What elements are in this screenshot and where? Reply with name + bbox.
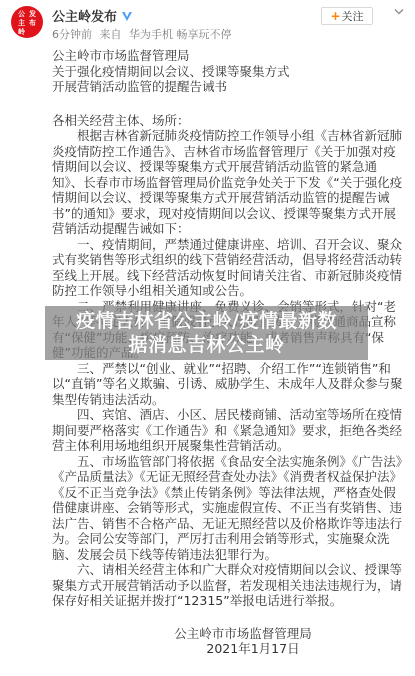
paragraph-item-3: 三、严禁以“创业、就业”“招聘、介绍工作”“连锁销售”和以“直销”等名义欺骗、引… xyxy=(52,361,404,408)
paragraph-item-5: 五、市场监管部门将依据《食品安全法实施条例》《广告法》《产品质量法》《无证无照经… xyxy=(52,454,404,563)
post-meta: 6分钟前 来自 华为手机 畅享玩不停 xyxy=(52,26,236,42)
avatar-char: 公 xyxy=(16,9,27,18)
salutation: 各相关经营主体、场所： xyxy=(52,113,404,129)
paragraph-intro: 根据吉林省新冠肺炎疫情防控工作领导小组《吉林省新冠肺炎疫情防控工作通告》、吉林省… xyxy=(52,128,404,237)
notice-title: 公主岭市市场监督管理局 关于强化疫情期间以会议、授课等聚集方式 开展营销活动监管… xyxy=(52,48,404,95)
title-line: 关于强化疫情期间以会议、授课等聚集方式 xyxy=(52,64,404,80)
post-time[interactable]: 6分钟前 xyxy=(52,28,92,41)
account-name-link[interactable]: 公主岭发布 xyxy=(52,6,117,25)
paragraph-item-6: 六、请相关经营主体和广大群众对疫情期间以会议、授课等聚集方式开展营销活动予以监督… xyxy=(52,562,404,609)
avatar-char: 主 xyxy=(16,18,27,27)
post-header: 公 发 主 布 岭 公主岭发布 6分钟前 来自 华为手机 畅享玩不停 + 关注 xyxy=(0,0,415,44)
spacer xyxy=(52,95,404,113)
title-line: 开展营销活动监管的提醒告诫书 xyxy=(52,79,404,95)
source-prefix: 来自 xyxy=(100,28,122,41)
overlay-line-1: 疫情吉林省公主岭/疫情最新数 xyxy=(76,309,337,333)
chevron-down-icon[interactable] xyxy=(394,8,404,16)
signature-org: 公主岭市市场监督管理局 xyxy=(102,626,404,642)
plus-icon: + xyxy=(330,9,340,23)
avatar-char: 岭 xyxy=(16,27,27,36)
paragraph-item-1: 一、疫情期间，严禁通过健康讲座、培训、召开会议、聚众式有奖销售等形式组织的线下营… xyxy=(52,237,404,299)
verified-icon xyxy=(121,10,133,22)
signature-date: 2021年1月17日 xyxy=(102,641,404,657)
avatar-char: 布 xyxy=(27,18,38,27)
paragraph-item-4: 四、宾馆、酒店、小区、居民楼商铺、活动室等场所在疫情期间要严格落实《工作通告》和… xyxy=(52,407,404,454)
overlay-line-2: 据消息吉林公主岭 xyxy=(128,333,284,357)
signature: 公主岭市市场监督管理局 2021年1月17日 xyxy=(52,626,404,657)
avatar[interactable]: 公 发 主 布 岭 xyxy=(11,6,43,38)
source-device[interactable]: 华为手机 畅享玩不停 xyxy=(129,28,232,41)
follow-button[interactable]: + 关注 xyxy=(321,7,373,25)
avatar-char: 发 xyxy=(27,9,38,18)
title-line: 公主岭市市场监督管理局 xyxy=(52,48,404,64)
overlay-caption-banner: 疫情吉林省公主岭/疫情最新数 据消息吉林公主岭 xyxy=(45,306,368,360)
account-name-row: 公主岭发布 xyxy=(52,6,133,25)
follow-label: 关注 xyxy=(342,8,364,24)
avatar-char xyxy=(27,27,38,36)
